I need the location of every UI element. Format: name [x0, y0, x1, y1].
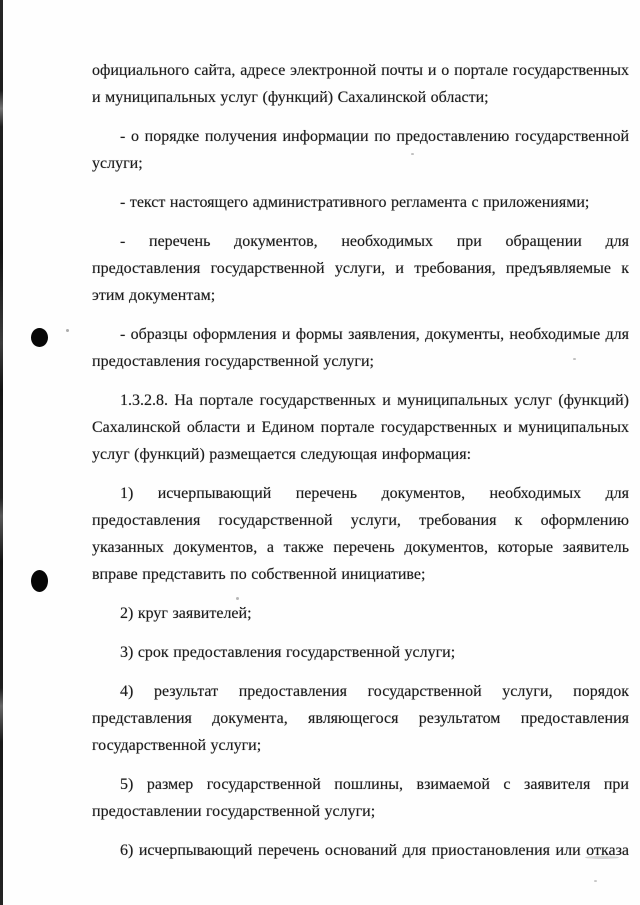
- scanned-page: официального сайта, адресе электронной п…: [0, 0, 640, 905]
- paragraph: 2) круг заявителей;: [92, 600, 629, 627]
- text-line: указанных документов, а также перечень д…: [92, 534, 629, 561]
- text-line: 3) срок предоставления государственной у…: [92, 639, 629, 666]
- scan-dust-speck: [411, 153, 414, 155]
- paragraph: официального сайта, адресе электронной п…: [92, 57, 629, 111]
- text-line: представления документа, являющегося рез…: [92, 705, 629, 732]
- text-line: 4) результат предоставления государствен…: [92, 678, 629, 705]
- text-line: 1) исчерпывающий перечень документов, не…: [92, 480, 629, 507]
- scan-dust-speck: [66, 329, 69, 332]
- paragraph: - текст настоящего административного рег…: [92, 189, 629, 216]
- text-line: 5) размер государственной пошлины, взима…: [92, 771, 629, 798]
- text-line: услуг (функций) размещается следующая ин…: [92, 441, 629, 468]
- text-line: государственной услуги;: [92, 732, 629, 759]
- text-line: Сахалинской области и Едином портале гос…: [92, 414, 629, 441]
- scan-dust-speck: [585, 856, 619, 859]
- paragraph: - перечень документов, необходимых при о…: [92, 228, 629, 309]
- paragraph: 5) размер государственной пошлины, взима…: [92, 771, 629, 825]
- text-line: предоставления государственной услуги;: [92, 348, 629, 375]
- text-line: - образцы оформления и формы заявления, …: [92, 321, 629, 348]
- text-line: этим документам;: [92, 282, 629, 309]
- text-line: - текст настоящего административного рег…: [92, 189, 629, 216]
- scan-dust-speck: [573, 358, 576, 360]
- text-line: предоставлении государственной услуги;: [92, 798, 629, 825]
- paragraph: - о порядке получения информации по пред…: [92, 123, 629, 177]
- text-line: вправе представить по собственной инициа…: [92, 561, 629, 588]
- paragraph: 1.3.2.8. На портале государственных и му…: [92, 387, 629, 468]
- text-line: предоставления государственной услуги, т…: [92, 507, 629, 534]
- text-line: услуги;: [92, 150, 629, 177]
- paragraph: 1) исчерпывающий перечень документов, не…: [92, 480, 629, 588]
- text-line: - о порядке получения информации по пред…: [92, 123, 629, 150]
- document-body: официального сайта, адресе электронной п…: [92, 57, 629, 876]
- paragraph: - образцы оформления и формы заявления, …: [92, 321, 629, 375]
- scan-edge-artifact: [0, 0, 3, 905]
- text-line: 2) круг заявителей;: [92, 600, 629, 627]
- text-line: предоставления государственной услуги, и…: [92, 255, 629, 282]
- paragraph: 3) срок предоставления государственной у…: [92, 639, 629, 666]
- scan-dust-speck: [236, 597, 239, 600]
- text-line: и муниципальных услуг (функций) Сахалинс…: [92, 84, 629, 111]
- paragraph: 4) результат предоставления государствен…: [92, 678, 629, 759]
- text-line: - перечень документов, необходимых при о…: [92, 228, 629, 255]
- text-line: 1.3.2.8. На портале государственных и му…: [92, 387, 629, 414]
- text-line: официального сайта, адресе электронной п…: [92, 57, 629, 84]
- paragraph: 6) исчерпывающий перечень оснований для …: [92, 837, 629, 864]
- text-line: 6) исчерпывающий перечень оснований для …: [92, 837, 629, 864]
- hole-punch-mark: [31, 328, 48, 347]
- scan-dust-speck: [594, 880, 597, 882]
- hole-punch-mark: [31, 570, 48, 592]
